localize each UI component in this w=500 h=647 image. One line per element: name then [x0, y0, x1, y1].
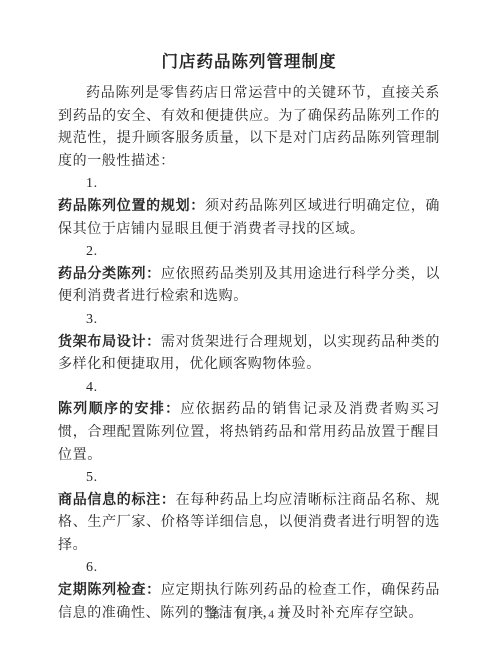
page-footer: 第 1 页 共 4 页	[0, 606, 500, 622]
list-item: 2. 药品分类陈列：应依照药品类别及其用途进行科学分类，以便利消费者进行检索和选…	[58, 241, 440, 309]
list-item: 5. 商品信息的标注：在每种药品上均应清晰标注商品名称、规格、生产厂家、价格等详…	[58, 467, 440, 557]
item-number: 1.	[58, 173, 440, 196]
item-text: 药品分类陈列：应依照药品类别及其用途进行科学分类，以便利消费者进行检索和选购。	[58, 264, 440, 309]
item-text: 货架布局设计：需对货架进行合理规划，以实现药品种类的多样化和便捷取用，优化顾客购…	[58, 332, 440, 377]
item-heading: 商品信息的标注：	[58, 493, 176, 508]
item-text: 药品陈列位置的规划：须对药品陈列区域进行明确定位，确保其位于店铺内显眼且便于消费…	[58, 196, 440, 241]
item-text: 陈列顺序的安排：应依据药品的销售记录及消费者购买习惯，合理配置陈列位置，将热销药…	[58, 399, 440, 467]
document-page: 门店药品陈列管理制度 药品陈列是零售药店日常运营中的关键环节，直接关系到药品的安…	[0, 0, 500, 647]
document-body: 门店药品陈列管理制度 药品陈列是零售药店日常运营中的关键环节，直接关系到药品的安…	[58, 50, 440, 625]
item-number: 2.	[58, 241, 440, 264]
item-text: 商品信息的标注：在每种药品上均应清晰标注商品名称、规格、生产厂家、价格等详细信息…	[58, 490, 440, 558]
list-item: 1. 药品陈列位置的规划：须对药品陈列区域进行明确定位，确保其位于店铺内显眼且便…	[58, 173, 440, 241]
item-number: 6.	[58, 557, 440, 580]
item-heading: 药品分类陈列：	[58, 267, 161, 282]
list-item: 4. 陈列顺序的安排：应依据药品的销售记录及消费者购买习惯，合理配置陈列位置，将…	[58, 377, 440, 467]
item-heading: 陈列顺序的安排：	[58, 402, 180, 417]
item-heading: 货架布局设计：	[58, 335, 161, 350]
intro-paragraph: 药品陈列是零售药店日常运营中的关键环节，直接关系到药品的安全、有效和便捷供应。为…	[58, 83, 440, 173]
item-number: 5.	[58, 467, 440, 490]
list-item: 3. 货架布局设计：需对货架进行合理规划，以实现药品种类的多样化和便捷取用，优化…	[58, 309, 440, 377]
document-title: 门店药品陈列管理制度	[58, 50, 440, 74]
item-heading: 药品陈列位置的规划：	[58, 199, 205, 214]
item-number: 4.	[58, 377, 440, 400]
item-heading: 定期陈列检查：	[58, 583, 161, 598]
item-number: 3.	[58, 309, 440, 332]
